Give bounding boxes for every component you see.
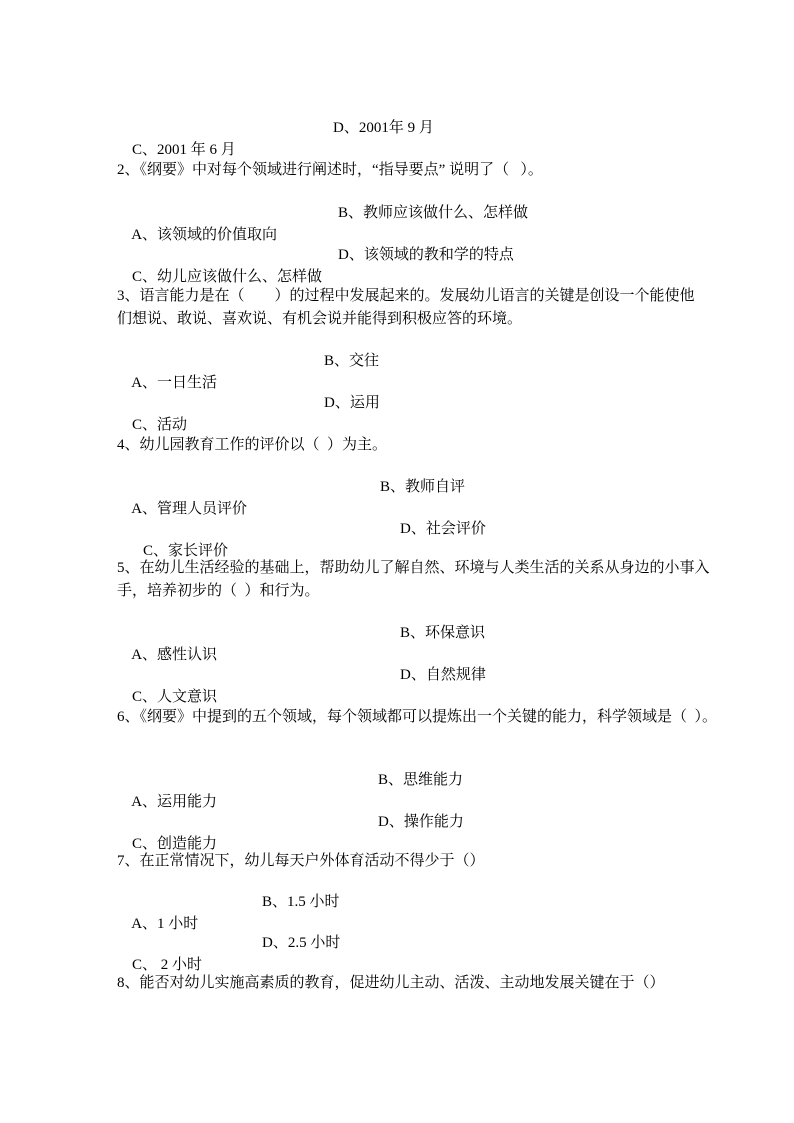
- question-3-text-line2: 们想说、敢说、喜欢说、有机会说并能得到积极应答的环境。: [117, 308, 522, 330]
- question-2-option-c: C、幼儿应该做什么、怎样做: [132, 269, 322, 285]
- question-6-option-d: D、操作能力: [378, 811, 464, 833]
- question-1-option-c: C、2001 年 6 月: [132, 142, 236, 158]
- question-1-option-d: D、2001年 9 月: [333, 117, 434, 139]
- question-5-option-a: A、感性认识: [131, 647, 217, 663]
- question-3-text-line1: 3、语言能力是在（ ）的过程中发展起来的。发展幼儿语言的关键是创设一个能使他: [117, 285, 695, 307]
- question-7-option-a: A、1 小时: [131, 916, 198, 932]
- question-4-option-a: A、管理人员评价: [131, 501, 247, 517]
- question-7-option-c: C、 2 小时: [132, 957, 202, 973]
- question-7-option-d: D、2.5 小时: [262, 932, 340, 954]
- question-2-text: 2、《纲要》中对每个领域进行阐述时，“指导要点” 说明了（ ）。: [117, 159, 543, 181]
- question-5-text-line1: 5、在幼儿生活经验的基础上，帮助幼儿了解自然、环境与人类生活的关系从身边的小事入: [117, 557, 710, 579]
- question-8-text: 8、能否对幼儿实施高素质的教育，促进幼儿主动、活泼、主动地发展关键在于（）: [117, 972, 665, 994]
- question-2-option-a: A、该领域的价值取向: [131, 227, 277, 243]
- question-5-option-d: D、自然规律: [400, 664, 486, 686]
- question-7-option-b: B、1.5 小时: [262, 891, 340, 913]
- question-3-option-a: A、一日生活: [131, 375, 217, 391]
- question-5-text-line2: 手，培养初步的（ ）和行为。: [117, 580, 320, 602]
- question-6-option-a: A、运用能力: [131, 794, 217, 810]
- question-6-option-b: B、思维能力: [378, 769, 463, 791]
- question-5-option-b: B、环保意识: [400, 622, 485, 644]
- question-3-option-b: B、交往: [324, 350, 379, 372]
- question-6-text: 6、《纲要》中提到的五个领域，每个领域都可以提炼出一个关键的能力，科学领域是（ …: [117, 706, 717, 728]
- question-5-option-c: C、人文意识: [132, 689, 217, 705]
- question-2-option-d: D、该领域的教和学的特点: [338, 244, 514, 266]
- document-page: C、2001 年 6 月 D、2001年 9 月 2、《纲要》中对每个领域进行阐…: [0, 0, 794, 1123]
- question-2-option-b: B、教师应该做什么、怎样做: [338, 202, 528, 224]
- question-7-text: 7、在正常情况下，幼儿每天户外体育活动不得少于（）: [117, 850, 485, 872]
- question-4-text: 4、幼儿园教育工作的评价以（ ）为主。: [117, 434, 387, 456]
- question-4-option-b: B、教师自评: [380, 476, 465, 498]
- question-3-option-d: D、运用: [324, 392, 380, 414]
- question-3-option-c: C、活动: [132, 417, 187, 433]
- question-4-option-d: D、社会评价: [400, 518, 486, 540]
